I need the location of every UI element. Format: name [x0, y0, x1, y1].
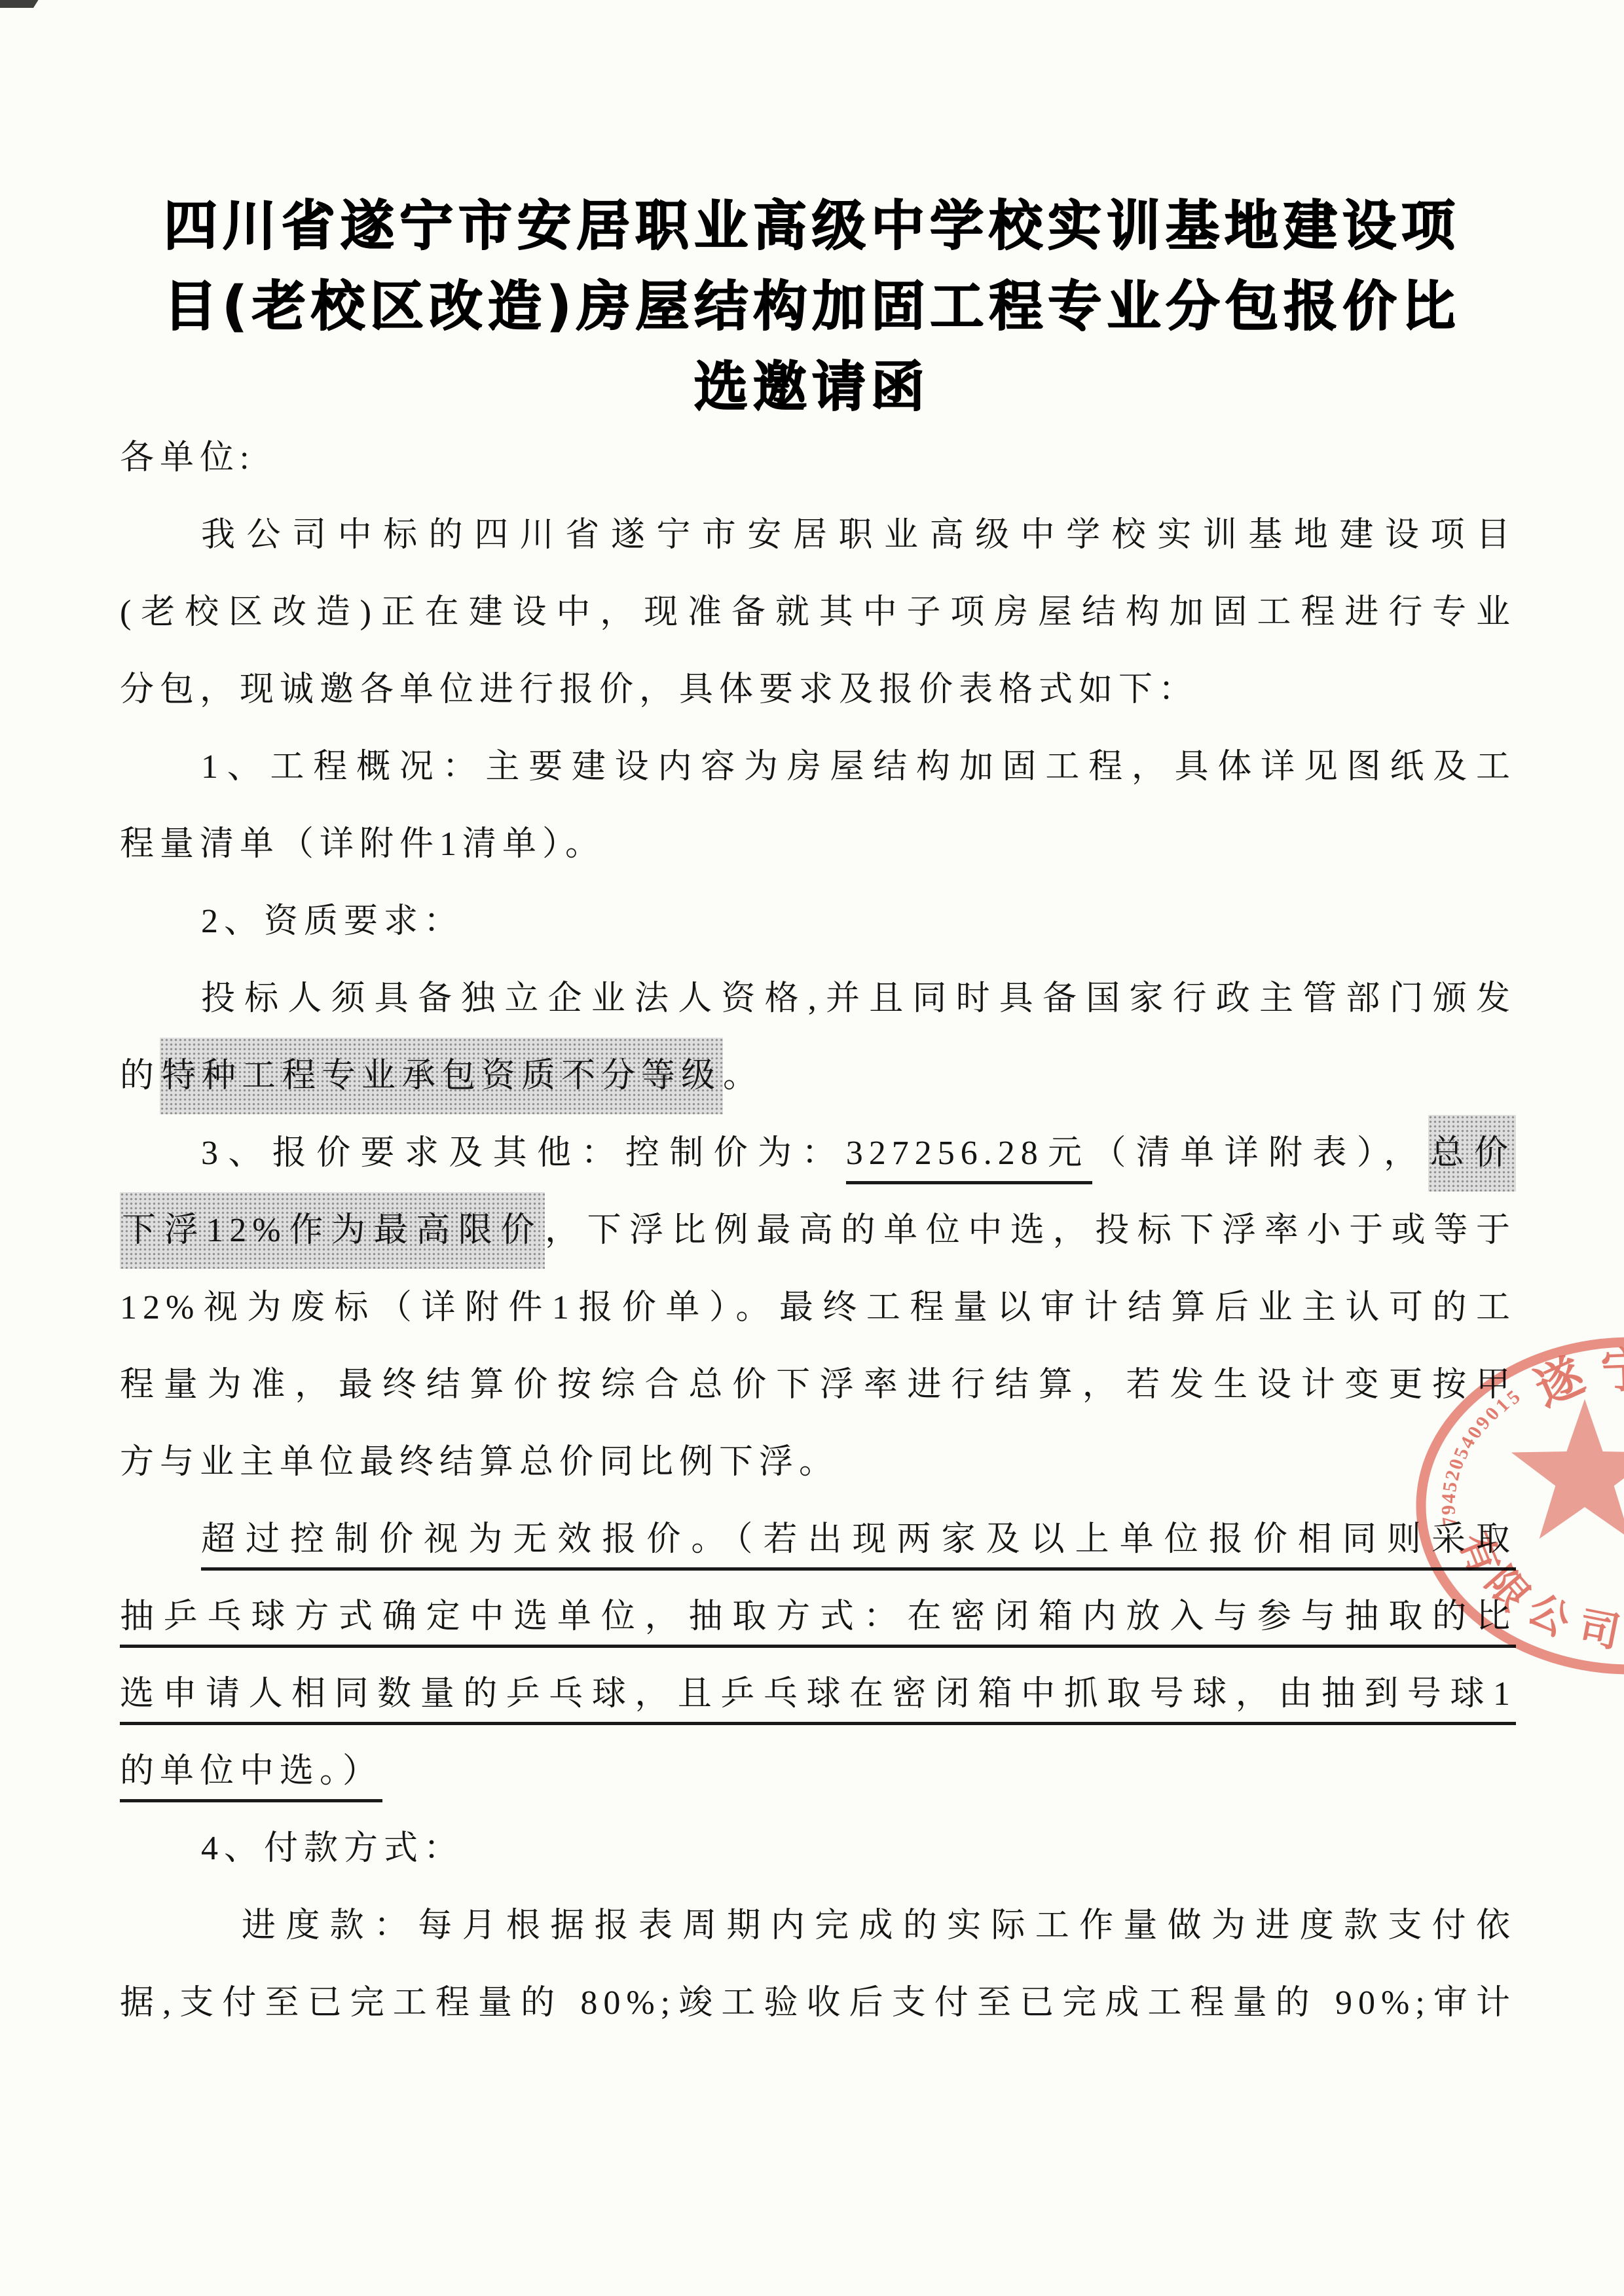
text-run: (老校区改造)正在建设中，现准备就其中子项房屋结构加固工程进行专业: [120, 594, 1516, 631]
text-run: 投标人须具备独立企业法人资格,并且同时具备国家行政主管部门颁发: [201, 980, 1516, 1017]
text-line: (老校区改造)正在建设中，现准备就其中子项房屋结构加固工程进行专业: [120, 574, 1516, 651]
text-line: 方与业主单位最终结算总价同比例下浮。: [120, 1424, 1516, 1501]
text-line: 3、报价要求及其他：控制价为：327256.28元（清单详附表），总价: [120, 1115, 1516, 1192]
text-line: 2、资质要求：: [120, 883, 1516, 960]
text-run: 2、资质要求：: [201, 903, 464, 940]
text-run: 4、付款方式：: [201, 1830, 464, 1867]
text-line: 分包，现诚邀各单位进行报价，具体要求及报价表格式如下：: [120, 651, 1516, 729]
text-run: （清单详附表），: [1092, 1135, 1428, 1172]
document-body: 各单位:我公司中标的四川省遂宁市安居职业高级中学校实训基地建设项目(老校区改造)…: [120, 420, 1516, 2042]
text-line: 4、付款方式：: [120, 1810, 1516, 1887]
text-line: 的单位中选。）: [120, 1733, 1516, 1810]
text-line: 程量清单（详附件1清单）。: [120, 806, 1516, 883]
text-run: 方与业主单位最终结算总价同比例下浮。: [120, 1444, 839, 1481]
text-run: 程量清单（详附件1清单）。: [120, 826, 605, 863]
text-line: 各单位:: [120, 420, 1516, 497]
underlined-text: 超过控制价视为无效报价。（若出现两家及以上单位报价相同则采取: [201, 1521, 1516, 1571]
stamp-bottom-char: 司: [1575, 1605, 1623, 1656]
scan-edge-artifact: [0, 0, 40, 8]
underlined-text: 的单位中选。）: [120, 1753, 382, 1802]
text-line: 据,支付至已完工程量的 80%;竣工验收后支付至已完成工程量的 90%;审计: [120, 1965, 1516, 2042]
highlighted-text: 总价: [1428, 1115, 1516, 1192]
company-stamp: 5109045025497遂宁有限公司: [1388, 1303, 1624, 1722]
text-line: 12%视为废标（详附件1报价单）。最终工程量以审计结算后业主认可的工: [120, 1269, 1516, 1347]
text-line: 1、工程概况：主要建设内容为房屋结构加固工程，具体详见图纸及工: [120, 729, 1516, 806]
text-run: 进度款：每月根据报表周期内完成的实际工作量做为进度款支付依: [242, 1907, 1516, 1944]
scanned-document-page: 四川省遂宁市安居职业高级中学校实训基地建设项 目(老校区改造)房屋结构加固工程专…: [0, 0, 1624, 2296]
stamp-star-icon: [1511, 1399, 1624, 1539]
text-line: 的特种工程专业承包资质不分等级。: [120, 1038, 1516, 1115]
text-line: 超过控制价视为无效报价。（若出现两家及以上单位报价相同则采取: [120, 1501, 1516, 1578]
text-run: 我公司中标的四川省遂宁市安居职业高级中学校实训基地建设项目: [201, 517, 1516, 554]
text-run: 各单位:: [120, 439, 255, 477]
underlined-text: 抽乒乓球方式确定中选单位，抽取方式：在密闭箱内放入与参与抽取的比: [120, 1598, 1516, 1648]
underlined-text: 327256.28元: [846, 1135, 1092, 1184]
text-run: 据,支付至已完工程量的 80%;竣工验收后支付至已完成工程量的 90%;审计: [120, 1984, 1516, 2022]
text-line: 投标人须具备独立企业法人资格,并且同时具备国家行政主管部门颁发: [120, 960, 1516, 1038]
title-line: 四川省遂宁市安居职业高级中学校实训基地建设项: [0, 186, 1624, 266]
text-run: 的: [120, 1057, 160, 1095]
text-line: 我公司中标的四川省遂宁市安居职业高级中学校实训基地建设项目: [120, 497, 1516, 574]
text-line: 下浮12%作为最高限价，下浮比例最高的单位中选，投标下浮率小于或等于: [120, 1192, 1516, 1269]
text-run: ，下浮比例最高的单位中选，投标下浮率小于或等于: [545, 1212, 1516, 1249]
text-run: 1、工程概况：主要建设内容为房屋结构加固工程，具体详见图纸及工: [201, 748, 1516, 786]
stamp-code-digit: 9: [1437, 1504, 1459, 1515]
text-run: 12%视为废标（详附件1报价单）。最终工程量以审计结算后业主认可的工: [120, 1289, 1516, 1326]
text-line: 选申请人相同数量的乒乓球，且乒乓球在密闭箱中抓取号球，由抽到号球1: [120, 1656, 1516, 1733]
text-run: 3、报价要求及其他：控制价为：: [201, 1135, 846, 1172]
text-run: 。: [723, 1057, 763, 1095]
stamp-code-digit: 7: [1438, 1516, 1460, 1528]
text-run: 程量为准，最终结算价按综合总价下浮率进行结算，若发生设计变更按甲: [120, 1366, 1516, 1404]
title-line: 目(老校区改造)房屋结构加固工程专业分包报价比: [0, 266, 1624, 347]
text-run: 分包，现诚邀各单位进行报价，具体要求及报价表格式如下：: [120, 671, 1198, 708]
stamp-code-digit: 4: [1438, 1493, 1460, 1504]
stamp-code-digit: 5: [1439, 1480, 1462, 1493]
highlighted-text: 下浮12%作为最高限价: [120, 1192, 545, 1269]
underlined-text: 选申请人相同数量的乒乓球，且乒乓球在密闭箱中抓取号球，由抽到号球1: [120, 1675, 1516, 1725]
title-line: 选邀请函: [0, 347, 1624, 428]
document-title: 四川省遂宁市安居职业高级中学校实训基地建设项 目(老校区改造)房屋结构加固工程专…: [0, 186, 1624, 428]
text-line: 进度款：每月根据报表周期内完成的实际工作量做为进度款支付依: [120, 1887, 1516, 1965]
text-line: 程量为准，最终结算价按综合总价下浮率进行结算，若发生设计变更按甲: [120, 1347, 1516, 1424]
text-line: 抽乒乓球方式确定中选单位，抽取方式：在密闭箱内放入与参与抽取的比: [120, 1578, 1516, 1656]
highlighted-text: 特种工程专业承包资质不分等级: [160, 1038, 723, 1114]
stamp-top-char: 宁: [1600, 1344, 1624, 1398]
